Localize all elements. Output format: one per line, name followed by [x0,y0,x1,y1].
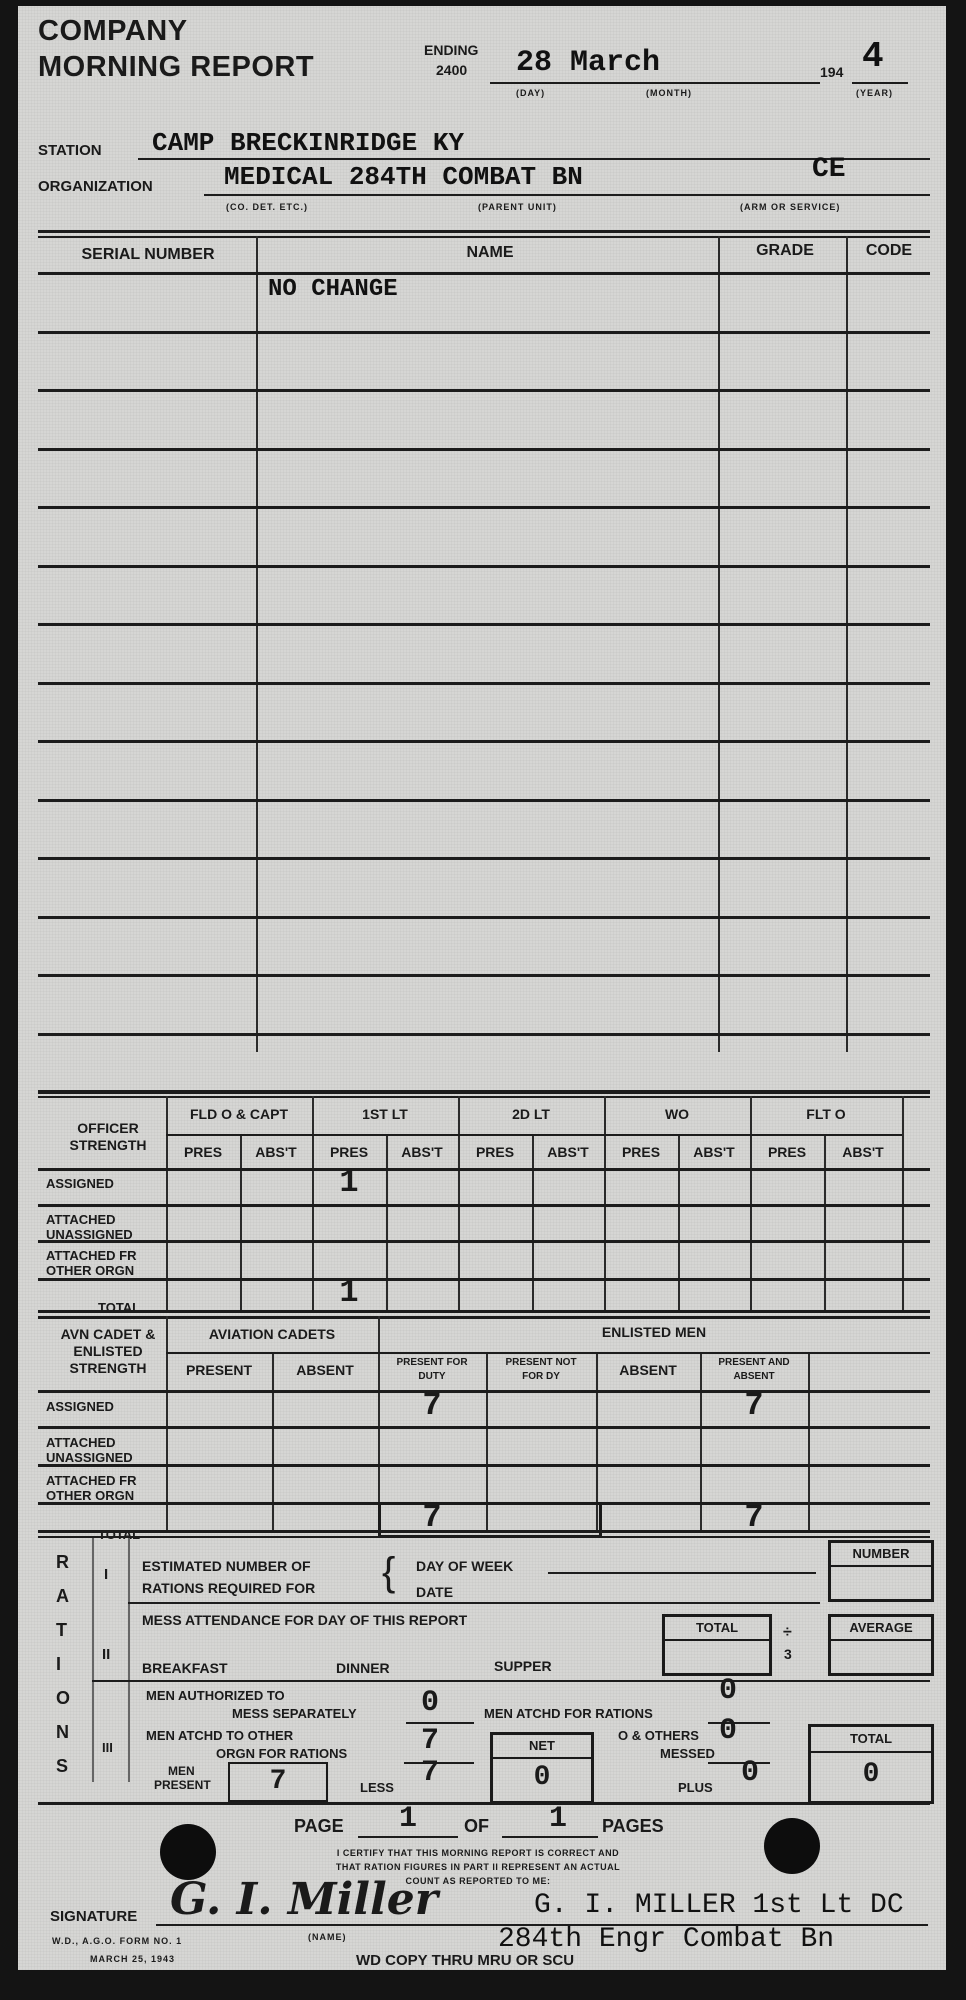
men-present-value: 7 [230,1764,326,1800]
officer-subcol-header: PRES [312,1144,386,1160]
mess-total-box: TOTAL [662,1614,772,1676]
enlisted-count: 7 [700,1387,808,1424]
organization-line [204,194,930,196]
arm-service-value: CE [812,154,846,185]
date-label: DATE [416,1584,453,1600]
officer-group-header: FLT O [750,1106,902,1122]
part-ii-bottom [92,1680,930,1682]
certify-line1: I CERTIFY THAT THIS MORNING REPORT IS CO… [218,1846,738,1860]
name-caption: (NAME) [308,1932,347,1942]
col-code: CODE [848,242,930,260]
binder-hole-right-icon [764,1818,820,1874]
day-of-week-line [548,1572,816,1574]
enlisted-row-label: ATTACHED FR OTHER ORGN [46,1473,164,1503]
day-of-week-label: DAY OF WEEK [416,1558,513,1574]
officer-subcol-header: ABS'T [532,1144,604,1160]
day-caption: (DAY) [516,88,545,98]
part-i-bottom [128,1602,820,1604]
men-authorized-line2: MESS SEPARATELY [232,1706,357,1721]
of-label: OF [464,1816,489,1837]
men-present-box: 7 [228,1762,328,1802]
enlisted-col-header: ABSENT [272,1362,378,1378]
supper-label: SUPPER [494,1658,552,1674]
signature-label: SIGNATURE [50,1908,137,1925]
officer-subcol-header: ABS'T [386,1144,458,1160]
roster-row-border [38,565,930,568]
rations-total-value: 0 [811,1753,931,1797]
year-line [852,82,908,84]
officer-group-header: 1ST LT [312,1106,458,1122]
officer-row-border [38,1204,930,1207]
plus-value: 0 [730,1756,770,1790]
number-box: NUMBER [828,1540,934,1602]
col-grade: GRADE [722,242,848,260]
pages-label: PAGES [602,1816,664,1837]
roster-divider-grade [718,236,720,1052]
net-box: NET 0 [490,1732,594,1804]
rations-side-letter: O [56,1688,70,1709]
enlisted-row-border [38,1464,930,1467]
roster-row-border [38,389,930,392]
part-iii-numeral: III [102,1740,113,1755]
officer-subcol-header: PRES [458,1144,532,1160]
mess-total-label: TOTAL [665,1617,769,1641]
officer-row-label: ATTACHED FR OTHER ORGN [46,1248,164,1278]
binder-hole-left-icon [160,1824,216,1880]
officer-col-divider [824,1134,826,1312]
roster-row-border [38,1033,930,1036]
roster-row-border [38,799,930,802]
others-line1: O & OTHERS [618,1728,699,1743]
roster-row-border [38,974,930,977]
caption-arm-service: (ARM OR SERVICE) [740,202,840,212]
date-line [490,82,820,84]
handwritten-signature: G. I. Miller [170,1874,438,1925]
year-caption: (YEAR) [856,88,893,98]
enlisted-col-header: ABSENT [596,1362,700,1378]
of-value: 1 [538,1802,578,1836]
rations-divider-2 [128,1538,130,1782]
page-value: 1 [388,1802,428,1836]
number-box-label: NUMBER [831,1543,931,1567]
rations-side-letter: N [56,1722,69,1743]
roster-row-border [38,740,930,743]
officer-col-divider [386,1134,388,1312]
less-value: 7 [410,1756,450,1790]
station-label: STATION [38,142,102,159]
officer-col-divider [678,1134,680,1312]
others-value: 0 [708,1714,748,1748]
enlisted-col-divider [272,1352,274,1532]
officer-col-divider [532,1134,534,1312]
enlisted-count: 7 [378,1387,486,1424]
enlisted-row-border [38,1426,930,1429]
rations-bottom-border [38,1802,930,1805]
average-box: AVERAGE [828,1614,934,1676]
organization-label: ORGANIZATION [38,178,153,195]
aviation-cadets-header: AVIATION CADETS [166,1326,378,1342]
part-i-numeral: I [104,1566,108,1583]
officer-group-header: FLD O & CAPT [166,1106,312,1122]
form-title-morning-report: MORNING REPORT [38,50,314,84]
officer-subcol-header: ABS'T [240,1144,312,1160]
mess-attendance-title: MESS ATTENDANCE FOR DAY OF THIS REPORT [142,1612,467,1628]
officer-row-label: ASSIGNED [46,1176,164,1191]
officer-subcol-header: ABS'T [824,1144,902,1160]
enlisted-top-border [38,1310,930,1313]
part-i-line2: RATIONS REQUIRED FOR [142,1580,315,1596]
breakfast-label: BREAKFAST [142,1660,228,1676]
certify-line2: THAT RATION FIGURES IN PART II REPRESENT… [218,1860,738,1874]
men-present-label2: PRESENT [154,1778,211,1792]
enlisted-men-header: ENLISTED MEN [378,1324,930,1340]
roster-top-border-2 [38,236,930,238]
men-atchd-other-line1: MEN ATCHD TO OTHER [146,1728,293,1743]
rations-side-letter: T [56,1620,67,1641]
enlisted-row-label: ASSIGNED [46,1399,164,1414]
enlisted-col-header: PRESENT [166,1362,272,1378]
officer-subcol-header: ABS'T [678,1144,750,1160]
plus-label: PLUS [678,1780,713,1795]
net-value: 0 [493,1759,591,1797]
wd-copy-note: WD COPY THRU MRU OR SCU [356,1952,574,1969]
officer-count: 1 [312,1274,386,1311]
officer-row-border [38,1240,930,1243]
roster-row-border [38,623,930,626]
part-i-line1: ESTIMATED NUMBER OF [142,1558,311,1574]
col-serial-number: SERIAL NUMBER [38,246,258,264]
brace-icon: { [382,1552,395,1592]
roster-row-border [38,916,930,919]
roster-row-border [38,448,930,451]
month-caption: (MONTH) [646,88,692,98]
rations-top-border [38,1530,930,1533]
officer-count: 1 [312,1164,386,1201]
roster-divider-code [846,236,848,1052]
roster-row-border [38,857,930,860]
men-atchd-other-value: 7 [410,1724,450,1758]
officer-col-divider [240,1134,242,1312]
enlisted-col-divider [166,1316,168,1532]
roster-divider-name [256,236,258,1052]
officer-group-border [166,1134,902,1136]
enlisted-col-header: PRESENT NOT FOR DY [486,1356,596,1384]
typed-unit: 284th Engr Combat Bn [498,1924,834,1955]
rations-side-letter: I [56,1654,61,1675]
typed-name: G. I. MILLER 1st Lt DC [534,1890,904,1921]
roster-row-border [38,331,930,334]
divisor: 3 [784,1646,792,1662]
col-name: NAME [258,244,722,262]
average-label: AVERAGE [831,1617,931,1641]
enlisted-col-divider [808,1352,810,1532]
others-line2: MESSED [660,1746,715,1761]
roster-row-border [38,682,930,685]
men-atchd-rations-label: MEN ATCHD FOR RATIONS [484,1706,653,1721]
caption-parent-unit: (PARENT UNIT) [478,202,557,212]
page-line [358,1836,458,1838]
enlisted-strength-title: AVN CADET & ENLISTED STRENGTH [48,1326,168,1377]
form-number: W.D., A.G.O. FORM NO. 1 [52,1936,182,1946]
roster-row-name: NO CHANGE [268,276,398,303]
men-atchd-rations-value: 0 [708,1674,748,1708]
station-value: CAMP BRECKINRIDGE KY [152,128,464,158]
officer-group-header: 2D LT [458,1106,604,1122]
form-title-company: COMPANY [38,14,188,48]
roster-header-border [38,272,930,275]
roster-row-border [38,506,930,509]
dinner-label: DINNER [336,1660,390,1676]
enlisted-group-border [166,1352,930,1354]
of-line [502,1836,598,1838]
enlisted-col-header: PRESENT AND ABSENT [700,1356,808,1384]
officer-row-border [38,1168,930,1171]
less-label: LESS [360,1780,394,1795]
ending-time: 2400 [436,62,467,78]
divide-icon: ÷ [783,1624,792,1642]
men-authorized-line1: MEN AUTHORIZED TO [146,1688,285,1703]
rations-total-box: TOTAL 0 [808,1724,934,1804]
rations-side-letter: A [56,1586,69,1607]
men-authorized-value: 0 [410,1686,450,1720]
year-prefix: 194 [820,64,843,80]
net-label: NET [493,1735,591,1759]
caption-co-det: (CO. DET. ETC.) [226,202,308,212]
organization-value: MEDICAL 284TH COMBAT BN [224,162,583,192]
men-present-label1: MEN [168,1764,195,1778]
morning-report-form: COMPANY MORNING REPORT ENDING 2400 28 Ma… [18,6,946,1970]
officer-subcol-header: PRES [750,1144,824,1160]
officer-group-header: WO [604,1106,750,1122]
officer-row-border [38,1278,930,1281]
rations-side-letter: R [56,1552,69,1573]
rations-divider-1 [92,1538,94,1782]
part-ii-numeral: II [102,1646,110,1663]
rations-total-label: TOTAL [811,1727,931,1753]
enlisted-top-border-2 [38,1316,930,1318]
rations-top-border-2 [38,1536,930,1538]
officer-top-border-2 [38,1096,930,1098]
officer-subcol-header: PRES [604,1144,678,1160]
rations-side-letter: S [56,1756,68,1777]
page-label: PAGE [294,1816,344,1837]
officer-top-border [38,1090,930,1093]
enlisted-row-label: ATTACHED UNASSIGNED [46,1435,164,1465]
officer-strength-title: OFFICER STRENGTH [48,1120,168,1154]
officer-subcol-header: PRES [166,1144,240,1160]
report-day-month: 28 March [516,46,660,80]
roster-top-border [38,230,930,233]
form-date: MARCH 25, 1943 [90,1954,175,1964]
ending-label: ENDING [424,42,478,58]
enlisted-col-header: PRESENT FOR DUTY [378,1356,486,1384]
men-atchd-other-line2: ORGN FOR RATIONS [216,1746,347,1761]
officer-row-label: ATTACHED UNASSIGNED [46,1212,164,1242]
report-year-digit: 4 [862,36,884,77]
